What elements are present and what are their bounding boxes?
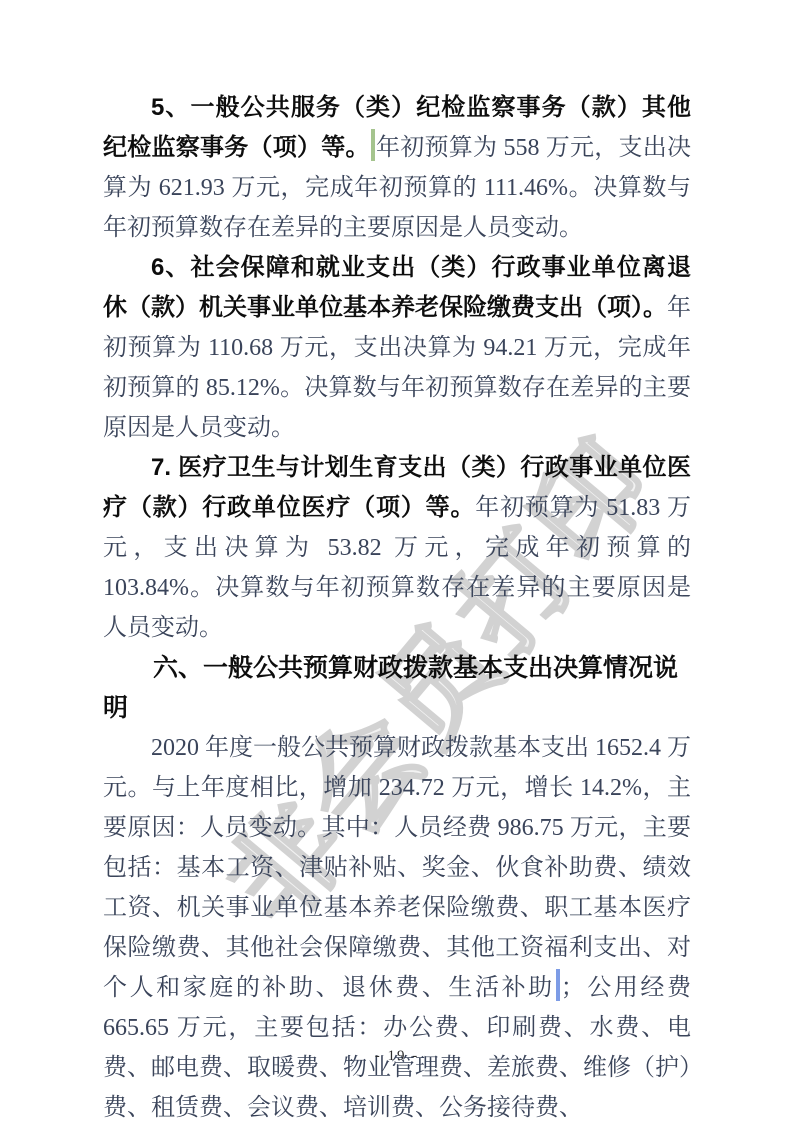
paragraph-item-7: 7. 医疗卫生与计划生育支出（类）行政事业单位医疗（款）行政单位医疗（项）等。年…	[103, 448, 691, 648]
blue-text-caret	[556, 969, 560, 1001]
document-page: 非会员打印 5、一般公共服务（类）纪检监察事务（款）其他纪检监察事务（项）等。年…	[0, 0, 794, 1123]
paragraph-item-5: 5、一般公共服务（类）纪检监察事务（款）其他纪检监察事务（项）等。年初预算为 5…	[103, 88, 691, 248]
item-6-heading: 6、社会保障和就业支出（类）行政事业单位离退休（款）机关事业单位基本养老保险缴费…	[103, 254, 691, 321]
section-six-heading: 六、一般公共预算财政拨款基本支出决算情况说明	[103, 648, 691, 728]
paragraph-item-6: 6、社会保障和就业支出（类）行政事业单位离退休（款）机关事业单位基本养老保险缴费…	[103, 248, 691, 448]
document-content: 5、一般公共服务（类）纪检监察事务（款）其他纪检监察事务（项）等。年初预算为 5…	[103, 88, 691, 1123]
green-text-caret	[371, 129, 375, 161]
basic-expenditure-text-part1: 2020 年度一般公共预算财政拨款基本支出 1652.4 万元。与上年度相比，增…	[103, 735, 691, 1001]
page-number: - 19 -	[0, 1048, 794, 1065]
